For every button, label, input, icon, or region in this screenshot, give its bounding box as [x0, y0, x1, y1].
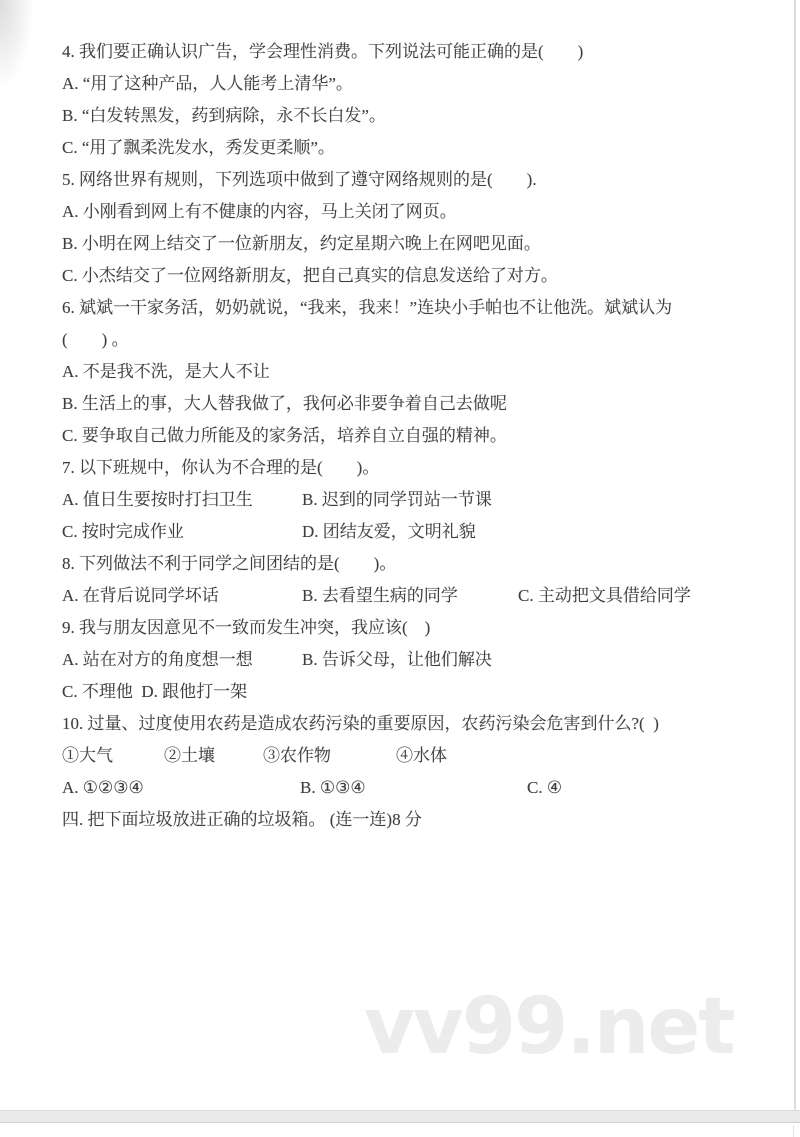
text-segment: B. 去看望生病的同学: [302, 580, 458, 612]
text-segment: 10. 过量、过度使用农药是造成农药污染的重要原因，农药污染会危害到什么?( ): [62, 708, 659, 740]
text-line: A. “用了这种产品，人人能考上清华”。: [62, 68, 782, 100]
text-segment: 四. 把下面垃圾放进正确的垃圾箱。 (连一连)8 分: [62, 804, 422, 836]
text-line: 9. 我与朋友因意见不一致而发生冲突，我应该( ): [62, 612, 782, 644]
text-segment: ④水体: [396, 740, 447, 772]
text-segment: C. 按时完成作业: [62, 516, 184, 548]
text-line: B. 小明在网上结交了一位新朋友，约定星期六晚上在网吧见面。: [62, 228, 782, 260]
text-segment: B. “白发转黑发，药到病除，永不长白发”。: [62, 100, 386, 132]
text-line: C. 按时完成作业D. 团结友爱，文明礼貌: [62, 516, 782, 548]
text-line: A. 不是我不洗，是大人不让: [62, 356, 782, 388]
text-segment: C. ④: [527, 772, 562, 804]
text-segment: B. 迟到的同学罚站一节课: [302, 484, 492, 516]
text-segment: 5. 网络世界有规则，下列选项中做到了遵守网络规则的是( ).: [62, 164, 537, 196]
text-line: C. “用了飘柔洗发水，秀发更柔顺”。: [62, 132, 782, 164]
text-line: 6. 斌斌一干家务活，奶奶就说，“我来，我来！”连块小手帕也不让他洗。斌斌认为: [62, 292, 782, 324]
text-segment: A. ①②③④: [62, 772, 144, 804]
text-line: 8. 下列做法不利于同学之间团结的是( )。: [62, 548, 782, 580]
text-segment: 9. 我与朋友因意见不一致而发生冲突，我应该( ): [62, 612, 430, 644]
text-segment: A. “用了这种产品，人人能考上清华”。: [62, 68, 353, 100]
text-line: A. 小刚看到网上有不健康的内容，马上关闭了网页。: [62, 196, 782, 228]
text-segment: C. 不理他 D. 跟他打一架: [62, 676, 247, 708]
text-line: A. 站在对方的角度想一想B. 告诉父母，让他们解决: [62, 644, 782, 676]
text-segment: 8. 下列做法不利于同学之间团结的是( )。: [62, 548, 396, 580]
text-segment: C. 小杰结交了一位网络新朋友，把自己真实的信息发送给了对方。: [62, 260, 558, 292]
text-segment: A. 站在对方的角度想一想: [62, 644, 253, 676]
text-segment: ②土壤: [164, 740, 215, 772]
text-line: ( ) 。: [62, 324, 782, 356]
text-segment: B. 小明在网上结交了一位新朋友，约定星期六晚上在网吧见面。: [62, 228, 541, 260]
text-segment: A. 不是我不洗，是大人不让: [62, 356, 270, 388]
text-segment: B. 告诉父母，让他们解决: [302, 644, 492, 676]
text-line: 10. 过量、过度使用农药是造成农药污染的重要原因，农药污染会危害到什么?( ): [62, 708, 782, 740]
text-segment: C. 主动把文具借给同学: [518, 580, 691, 612]
text-line: 7. 以下班规中，你认为不合理的是( )。: [62, 452, 782, 484]
page-right-edge-line: [794, 0, 796, 1111]
text-line: ①大气②土壤③农作物④水体: [62, 740, 782, 772]
text-segment: C. “用了飘柔洗发水，秀发更柔顺”。: [62, 132, 335, 164]
page-break-band: [0, 1110, 800, 1123]
text-segment: A. 值日生要按时打扫卫生: [62, 484, 253, 516]
text-line: C. 小杰结交了一位网络新朋友，把自己真实的信息发送给了对方。: [62, 260, 782, 292]
text-segment: 7. 以下班规中，你认为不合理的是( )。: [62, 452, 379, 484]
text-line: B. “白发转黑发，药到病除，永不长白发”。: [62, 100, 782, 132]
text-segment: A. 小刚看到网上有不健康的内容，马上关闭了网页。: [62, 196, 457, 228]
watermark-text: vv99.net: [364, 988, 734, 1066]
text-segment: B. ①③④: [300, 772, 366, 804]
text-line: A. ①②③④B. ①③④C. ④: [62, 772, 782, 804]
page-corner-shadow: [0, 0, 46, 120]
text-line: B. 生活上的事，大人替我做了，我何必非要争着自己去做呢: [62, 388, 782, 420]
text-line: 4. 我们要正确认识广告，学会理性消费。下列说法可能正确的是( ): [62, 36, 782, 68]
document-lines: 4. 我们要正确认识广告，学会理性消费。下列说法可能正确的是( )A. “用了这…: [62, 36, 782, 836]
text-line: 5. 网络世界有规则，下列选项中做到了遵守网络规则的是( ).: [62, 164, 782, 196]
text-segment: 4. 我们要正确认识广告，学会理性消费。下列说法可能正确的是( ): [62, 36, 583, 68]
text-segment: ( ) 。: [62, 324, 129, 356]
text-line: A. 在背后说同学坏话B. 去看望生病的同学C. 主动把文具借给同学: [62, 580, 782, 612]
text-segment: ①大气: [62, 740, 113, 772]
text-segment: C. 要争取自己做力所能及的家务活，培养自立自强的精神。: [62, 420, 507, 452]
text-line: A. 值日生要按时打扫卫生B. 迟到的同学罚站一节课: [62, 484, 782, 516]
text-line: C. 不理他 D. 跟他打一架: [62, 676, 782, 708]
text-segment: 6. 斌斌一干家务活，奶奶就说，“我来，我来！”连块小手帕也不让他洗。斌斌认为: [62, 292, 672, 324]
next-page-right-edge-line: [793, 1125, 794, 1137]
scanned-page: 4. 我们要正确认识广告，学会理性消费。下列说法可能正确的是( )A. “用了这…: [0, 0, 800, 1137]
text-segment: A. 在背后说同学坏话: [62, 580, 219, 612]
text-segment: ③农作物: [263, 740, 331, 772]
text-segment: D. 团结友爱，文明礼貌: [302, 516, 476, 548]
text-line: C. 要争取自己做力所能及的家务活，培养自立自强的精神。: [62, 420, 782, 452]
text-line: 四. 把下面垃圾放进正确的垃圾箱。 (连一连)8 分: [62, 804, 782, 836]
text-segment: B. 生活上的事，大人替我做了，我何必非要争着自己去做呢: [62, 388, 507, 420]
